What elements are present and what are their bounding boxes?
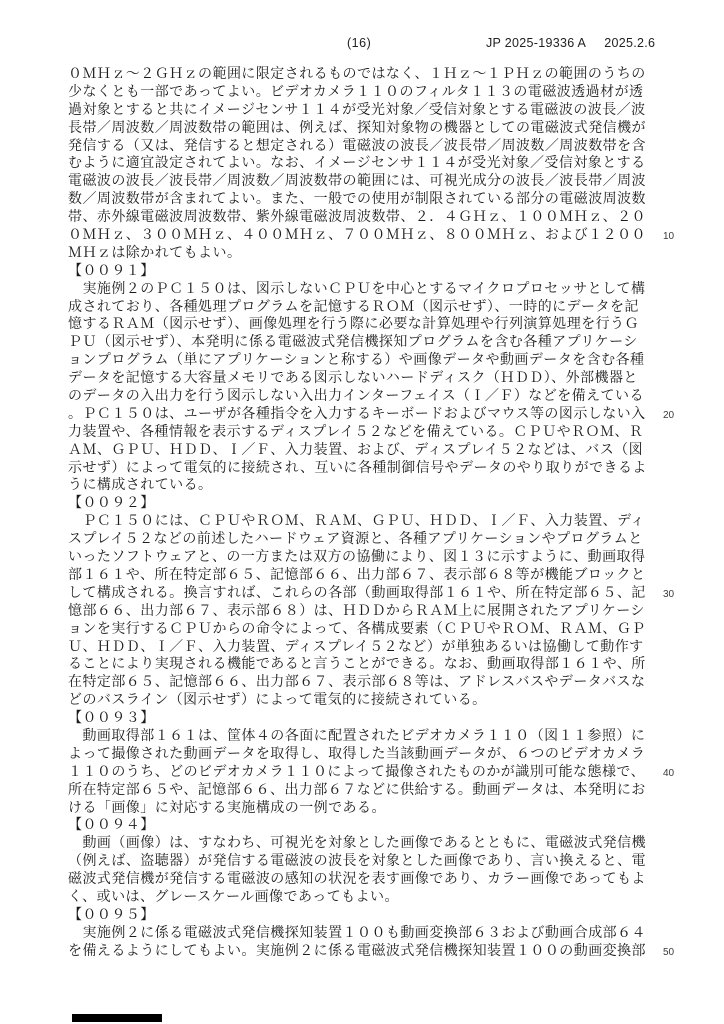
text-line: 在特定部６５、記憶部６６、出力部６７、表示部６８等は、アドレスバスやデータバスな [68,673,648,691]
line-number: 40 [663,765,674,783]
text-line: ０ＭＨｚ～２ＧＨｚの範囲に限定されるものではなく、１Ｈｚ～１ＰＨｚの範囲のうちの [68,65,648,83]
text-line: 所在特定部６５や、記憶部６６、出力部６７などに供給する。動画データは、本発明にお [68,781,648,799]
text-line-content: 【００９３】 [68,709,155,725]
text-line-content: ＰＣ１５０には、ＣＰＵやＲＯＭ、ＲＡＭ、ＧＰＵ、ＨＤＤ、Ｉ／Ｆ、入力装置、ディ [68,512,645,528]
text-line: ることにより実現される機能であると言うことができる。なお、動画取得部１６１や、所 [68,655,648,673]
text-line-content: 【００９２】 [68,494,155,510]
text-line-content: 【００９５】 [68,906,155,922]
text-line-content: 少なくとも一部であってよい。ビデオカメラ１１０のフィルタ１１３の電磁波透過材が透 [68,83,643,99]
publication-number: JP 2025-19336 A [486,36,586,50]
text-line: ける「画像」に対応する実施構成の一例である。 [68,799,648,817]
text-line-content: 部１６１や、所在特定部６５、記憶部６６、出力部６７、表示部６８等が機能ブロックと [68,566,645,582]
text-line-content: 発信する（又は、発信すると想定される）電磁波の波長／波長帯／周波数／周波数帯を含 [68,137,646,153]
text-line-content: ることにより実現される機能であると言うことができる。なお、動画取得部１６１や、所 [68,655,646,671]
text-line-content: ０ＭＨｚ、３００ＭＨｚ、４００ＭＨｚ、７００ＭＨｚ、８００ＭＨｚ、および１２００ [68,226,646,242]
text-line-content: ０ＭＨｚ～２ＧＨｚの範囲に限定されるものではなく、１Ｈｚ～１ＰＨｚの範囲のうちの [68,65,646,81]
text-line-content: １１０のうち、どのビデオカメラ１１０によって撮像されたものかが識別可能な態様で、 [68,763,645,779]
text-line: （例えば、盗聴器）が発信する電磁波の波長を対象とした画像であり、言い換えると、電 [68,852,648,870]
page-header: (16) JP 2025-19336 A 2025.2.6 [0,36,724,52]
text-line-content: 電磁波の波長／波長帯／周波数／周波数帯の範囲には、可視光成分の波長／波長帯／周波 [68,172,646,188]
text-line-content: うに構成されている。 [68,476,213,492]
text-line: 示せず）によって電気的に接続され、互いに各種制御信号やデータのやり取りができるよ [68,459,648,477]
text-line: ョンプログラム（単にアプリケーションと称する）や画像データや動画データを含む各種 [68,351,648,369]
text-line: 動画取得部１６１は、筐体４の各面に配置されたビデオカメラ１１０（図１１参照）に [68,727,648,745]
text-line-content: 【００９１】 [68,262,155,278]
text-line: 【００９３】 [68,709,648,727]
text-line-content: ＭＨｚは除かれてもよい。 [68,244,241,260]
text-line: ＭＨｚは除かれてもよい。 [68,244,648,262]
text-line: 【００９２】 [68,494,648,512]
text-line: く、或いは、グレースケール画像であってもよい。 [68,888,648,906]
text-line: むように適宜設定されてよい。なお、イメージセンサ１１４が受光対象／受信対象とする [68,154,648,172]
text-line: 帯、赤外線電磁波周波数帯、紫外線電磁波周波数帯、２．４ＧＨｚ、１００ＭＨｚ、２０ [68,208,648,226]
page-number: (16) [347,36,371,50]
text-line-content: 帯、赤外線電磁波周波数帯、紫外線電磁波周波数帯、２．４ＧＨｚ、１００ＭＨｚ、２０ [68,208,646,224]
text-line: 。ＰＣ１５０は、ユーザが各種指令を入力するキーボードおよびマウス等の図示しない入… [68,405,648,423]
text-line-content: ＰＵ（図示せず）、本発明に係る電磁波式発信機探知プログラムを含む各種アプリケーシ [68,333,638,349]
text-line: を備えるようにしてもよい。実施例２に係る電磁波式発信機探知装置１００の動画変換部… [68,942,648,960]
line-number: 30 [663,586,674,604]
text-line: 長帯／周波数／周波数帯の範囲は、例えば、探知対象物の機器としての電磁波式発信機が [68,119,648,137]
text-line-content: 長帯／周波数／周波数帯の範囲は、例えば、探知対象物の機器としての電磁波式発信機が [68,119,646,135]
text-line-content: よって撮像された動画データを取得し、取得した当該動画データが、６つのビデオカメラ [68,745,645,761]
text-line-content: いったソフトウェアと、の一方または双方の協働により、図１３に示すように、動画取得 [68,548,645,564]
text-line-content: 憶するＲＡＭ（図示せず）、画像処理を行う際に必要な計算処理や行列演算処理を行うＧ [68,315,639,331]
text-line-content: ョンを実行するＣＰＵからの命令によって、各構成要素（ＣＰＵやＲＯＭ、ＲＡＭ、ＧＰ [68,620,646,636]
text-line: 磁波式発信機が発信する電磁波の感知の状況を表す画像であり、カラー画像であってもよ [68,870,648,888]
text-line-content: く、或いは、グレースケール画像であってもよい。 [68,888,399,904]
scan-artifact-bar [72,1014,162,1022]
text-line: 憶するＲＡＭ（図示せず）、画像処理を行う際に必要な計算処理や行列演算処理を行うＧ [68,315,648,333]
text-line: ョンを実行するＣＰＵからの命令によって、各構成要素（ＣＰＵやＲＯＭ、ＲＡＭ、ＧＰ [68,620,648,638]
text-line-content: 実施例２のＰＣ１５０は、図示しないＣＰＵを中心とするマイクロプロセッサとして構 [68,280,645,296]
text-line: どのバスライン（図示せず）によって電気的に接続されている。 [68,691,648,709]
text-line: のデータの入出力を行う図示しない入出力インターフェイス（Ｉ／Ｆ）などを備えている [68,387,648,405]
text-line-content: 過対象とすると共にイメージセンサ１１４が受光対象／受信対象とする電磁波の波長／波 [68,101,646,117]
line-number: 50 [663,944,674,962]
body-text: ０ＭＨｚ～２ＧＨｚの範囲に限定されるものではなく、１Ｈｚ～１ＰＨｚの範囲のうちの… [68,65,648,960]
text-line: ＰＵ（図示せず）、本発明に係る電磁波式発信機探知プログラムを含む各種アプリケーシ [68,333,648,351]
text-line: １１０のうち、どのビデオカメラ１１０によって撮像されたものかが識別可能な態様で、… [68,763,648,781]
text-line: ０ＭＨｚ、３００ＭＨｚ、４００ＭＨｚ、７００ＭＨｚ、８００ＭＨｚ、および１２００… [68,226,648,244]
text-line-content: 示せず）によって電気的に接続され、互いに各種制御信号やデータのやり取りができるよ [68,459,647,475]
publication-header: JP 2025-19336 A 2025.2.6 [486,36,655,50]
text-line: 【００９１】 [68,262,648,280]
text-line-content: を備えるようにしてもよい。実施例２に係る電磁波式発信機探知装置１００の動画変換部 [68,942,646,958]
text-line: 動画（画像）は、すなわち、可視光を対象とした画像であるとともに、電磁波式発信機 [68,834,648,852]
text-line: いったソフトウェアと、の一方または双方の協働により、図１３に示すように、動画取得 [68,548,648,566]
text-line-content: 。ＰＣ１５０は、ユーザが各種指令を入力するキーボードおよびマウス等の図示しない入 [68,405,646,421]
text-line-content: のデータの入出力を行う図示しない入出力インターフェイス（Ｉ／Ｆ）などを備えている [68,387,644,403]
text-line-content: Ｕ、ＨＤＤ、Ｉ／Ｆ、入力装置、ディスプレイ５２など）が単独あるいは協働して動作す [68,638,644,654]
text-line: 過対象とすると共にイメージセンサ１１４が受光対象／受信対象とする電磁波の波長／波 [68,101,648,119]
publication-date: 2025.2.6 [604,36,655,50]
text-line: 憶部６６、出力部６７、表示部６８）は、ＨＤＤからＲＡＭ上に展開されたアプリケーシ [68,602,648,620]
text-line: ＡＭ、ＧＰＵ、ＨＤＤ、Ｉ／Ｆ、入力装置、および、ディスプレイ５２などは、バス（図 [68,441,648,459]
text-line-content: 【００９４】 [68,816,155,832]
text-line: 電磁波の波長／波長帯／周波数／周波数帯の範囲には、可視光成分の波長／波長帯／周波 [68,172,648,190]
patent-document-page: (16) JP 2025-19336 A 2025.2.6 ０ＭＨｚ～２ＧＨｚの… [0,0,724,1024]
text-line: スプレイ５２などの前述したハードウェア資源と、各種アプリケーションやプログラムと [68,530,648,548]
text-line-content: ョンプログラム（単にアプリケーションと称する）や画像データや動画データを含む各種 [68,351,644,367]
text-line-content: データを記憶する大容量メモリである図示しないハードディスク（ＨＤＤ）、外部機器と [68,369,638,385]
text-line: よって撮像された動画データを取得し、取得した当該動画データが、６つのビデオカメラ [68,745,648,763]
text-line-content: して構成される。換言すれば、これらの各部（動画取得部１６１や、所在特定部６５、記 [68,584,646,600]
text-line: 少なくとも一部であってよい。ビデオカメラ１１０のフィルタ１１３の電磁波透過材が透 [68,83,648,101]
text-line-content: ける「画像」に対応する実施構成の一例である。 [68,799,386,815]
text-line: データを記憶する大容量メモリである図示しないハードディスク（ＨＤＤ）、外部機器と [68,369,648,387]
text-line: 成されており、各種処理プログラムを記憶するＲＯＭ（図示せず）、一時的にデータを記 [68,298,648,316]
text-line-content: スプレイ５２などの前述したハードウェア資源と、各種アプリケーションやプログラムと [68,530,643,546]
text-line: 部１６１や、所在特定部６５、記憶部６６、出力部６７、表示部６８等が機能ブロックと [68,566,648,584]
text-line-content: 数／周波数帯が含まれてよい。また、一般での使用が制限されている部分の電磁波周波数 [68,190,646,206]
text-line: Ｕ、ＨＤＤ、Ｉ／Ｆ、入力装置、ディスプレイ５２など）が単独あるいは協働して動作す [68,638,648,656]
text-line-content: 磁波式発信機が発信する電磁波の感知の状況を表す画像であり、カラー画像であってもよ [68,870,646,886]
text-line-content: 憶部６６、出力部６７、表示部６８）は、ＨＤＤからＲＡＭ上に展開されたアプリケーシ [68,602,645,618]
text-line-content: （例えば、盗聴器）が発信する電磁波の波長を対象とした画像であり、言い換えると、電 [68,852,646,868]
text-line: して構成される。換言すれば、これらの各部（動画取得部１６１や、所在特定部６５、記… [68,584,648,602]
text-line-content: 在特定部６５、記憶部６６、出力部６７、表示部６８等は、アドレスバスやデータバスな [68,673,645,689]
line-number: 10 [663,228,674,246]
line-number: 20 [663,407,674,425]
text-line: 力装置や、各種情報を表示するディスプレイ５２などを備えている。ＣＰＵやＲＯＭ、Ｒ [68,423,648,441]
text-line-content: 動画（画像）は、すなわち、可視光を対象とした画像であるとともに、電磁波式発信機 [68,834,646,850]
text-line: 【００９５】 [68,906,648,924]
text-line: 【００９４】 [68,816,648,834]
text-line: 実施例２のＰＣ１５０は、図示しないＣＰＵを中心とするマイクロプロセッサとして構 [68,280,648,298]
text-line: 実施例２に係る電磁波式発信機探知装置１００も動画変換部６３および動画合成部６４ [68,924,648,942]
text-line-content: 力装置や、各種情報を表示するディスプレイ５２などを備えている。ＣＰＵやＲＯＭ、Ｒ [68,423,643,439]
text-line-content: 所在特定部６５や、記憶部６６、出力部６７などに供給する。動画データは、本発明にお [68,781,646,797]
text-line: 発信する（又は、発信すると想定される）電磁波の波長／波長帯／周波数／周波数帯を含 [68,137,648,155]
text-line: うに構成されている。 [68,476,648,494]
text-line-content: 成されており、各種処理プログラムを記憶するＲＯＭ（図示せず）、一時的にデータを記 [68,298,639,314]
text-line: 数／周波数帯が含まれてよい。また、一般での使用が制限されている部分の電磁波周波数 [68,190,648,208]
text-line-content: むように適宜設定されてよい。なお、イメージセンサ１１４が受光対象／受信対象とする [68,154,646,170]
text-line-content: 実施例２に係る電磁波式発信機探知装置１００も動画変換部６３および動画合成部６４ [68,924,646,940]
text-line-content: 動画取得部１６１は、筐体４の各面に配置されたビデオカメラ１１０（図１１参照）に [68,727,645,743]
text-line: ＰＣ１５０には、ＣＰＵやＲＯＭ、ＲＡＭ、ＧＰＵ、ＨＤＤ、Ｉ／Ｆ、入力装置、ディ [68,512,648,530]
text-line-content: どのバスライン（図示せず）によって電気的に接続されている。 [68,691,487,707]
text-line-content: ＡＭ、ＧＰＵ、ＨＤＤ、Ｉ／Ｆ、入力装置、および、ディスプレイ５２などは、バス（図 [68,441,643,457]
